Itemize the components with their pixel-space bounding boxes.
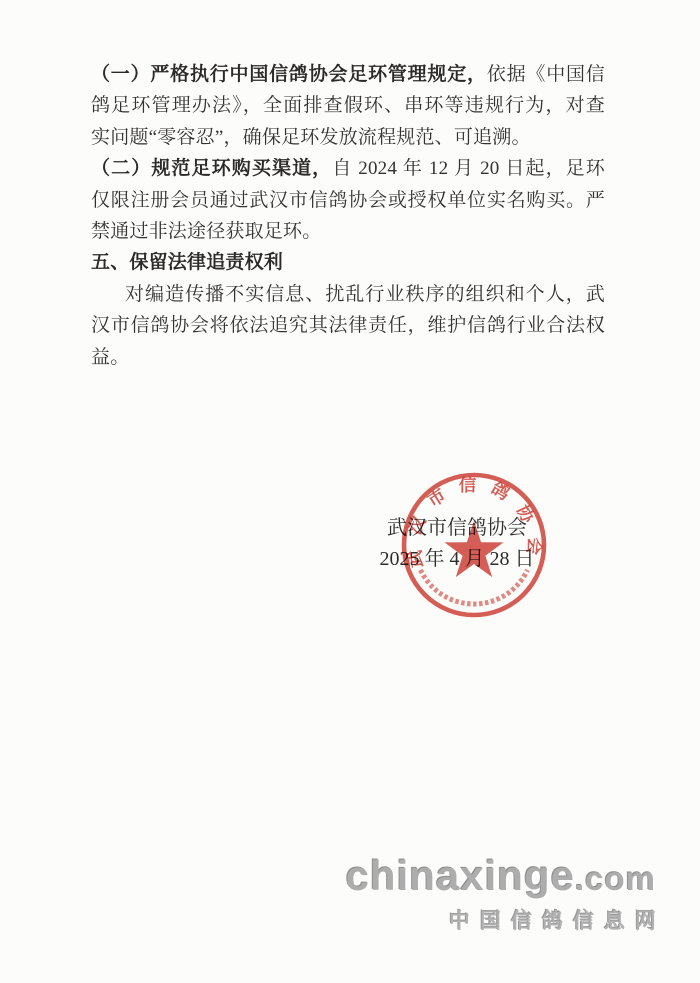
- heading-legal-rights: 五、保留法律追责权利: [91, 247, 605, 278]
- text-segment-bold: （一）严格执行中国信鸽协会足环管理规定，: [91, 64, 487, 85]
- text-line: 对编造传播不实信息、扰乱行业秩序的组织和个人，武: [91, 279, 605, 310]
- text-segment: 依据《中国信: [487, 64, 605, 85]
- text-segment: 自 2024 年 12 月 20 日起，足环: [332, 158, 605, 179]
- text-segment: 实问题“零容忍”，确保足环发放流程规范、可追溯。: [91, 127, 531, 148]
- watermark-domain-tld: .com: [575, 860, 656, 897]
- stamp-bottom-code-band: [421, 570, 528, 604]
- text-line: 仅限注册会员通过武汉市信鸽协会或授权单位实名购买。严: [91, 185, 605, 216]
- official-stamp: 武汉市信鸽协会: [389, 460, 559, 630]
- watermark-site-name: 中国信鸽信息网: [346, 905, 666, 935]
- watermark-domain: chinaxinge.com: [346, 855, 656, 900]
- para-legal-action: 对编造传播不实信息、扰乱行业秩序的组织和个人，武汉市信鸽协会将依法追究其法律责任…: [91, 279, 605, 373]
- text-line: （一）严格执行中国信鸽协会足环管理规定，依据《中国信: [91, 59, 605, 90]
- stamp-star-icon: [445, 521, 504, 577]
- text-line: 益。: [91, 342, 605, 373]
- text-segment: 禁通过非法途径获取足环。: [91, 221, 321, 242]
- text-line: 汉市信鸽协会将依法追究其法律责任，维护信鸽行业合法权: [91, 310, 605, 341]
- document-page: （一）严格执行中国信鸽协会足环管理规定，依据《中国信鸽足环管理办法》，全面排查假…: [0, 0, 700, 983]
- text-segment: 汉市信鸽协会将依法追究其法律责任，维护信鸽行业合法权: [91, 315, 605, 336]
- text-line: 鸽足环管理办法》，全面排查假环、串环等违规行为，对查: [91, 90, 605, 121]
- watermark-domain-main: chinaxinge: [346, 852, 575, 899]
- text-line: 实问题“零容忍”，确保足环发放流程规范、可追溯。: [91, 122, 605, 153]
- text-segment: 鸽足环管理办法》，全面排查假环、串环等违规行为，对查: [91, 95, 605, 116]
- para-ring-management: （一）严格执行中国信鸽协会足环管理规定，依据《中国信鸽足环管理办法》，全面排查假…: [91, 59, 605, 153]
- text-line: （二）规范足环购买渠道，自 2024 年 12 月 20 日起，足环: [91, 153, 605, 184]
- text-segment: 仅限注册会员通过武汉市信鸽协会或授权单位实名购买。严: [91, 190, 605, 211]
- text-segment: 对编造传播不实信息、扰乱行业秩序的组织和个人，武: [125, 284, 605, 305]
- para-ring-purchase: （二）规范足环购买渠道，自 2024 年 12 月 20 日起，足环仅限注册会员…: [91, 153, 605, 247]
- text-line: 五、保留法律追责权利: [91, 247, 605, 278]
- text-segment-bold: 五、保留法律追责权利: [91, 252, 283, 273]
- text-line: 禁通过非法途径获取足环。: [91, 216, 605, 247]
- watermark: chinaxinge.com 中国信鸽信息网: [346, 855, 656, 935]
- text-segment: 益。: [91, 347, 129, 368]
- document-body: （一）严格执行中国信鸽协会足环管理规定，依据《中国信鸽足环管理办法》，全面排查假…: [91, 59, 605, 373]
- text-segment-bold: （二）规范足环购买渠道，: [91, 158, 332, 179]
